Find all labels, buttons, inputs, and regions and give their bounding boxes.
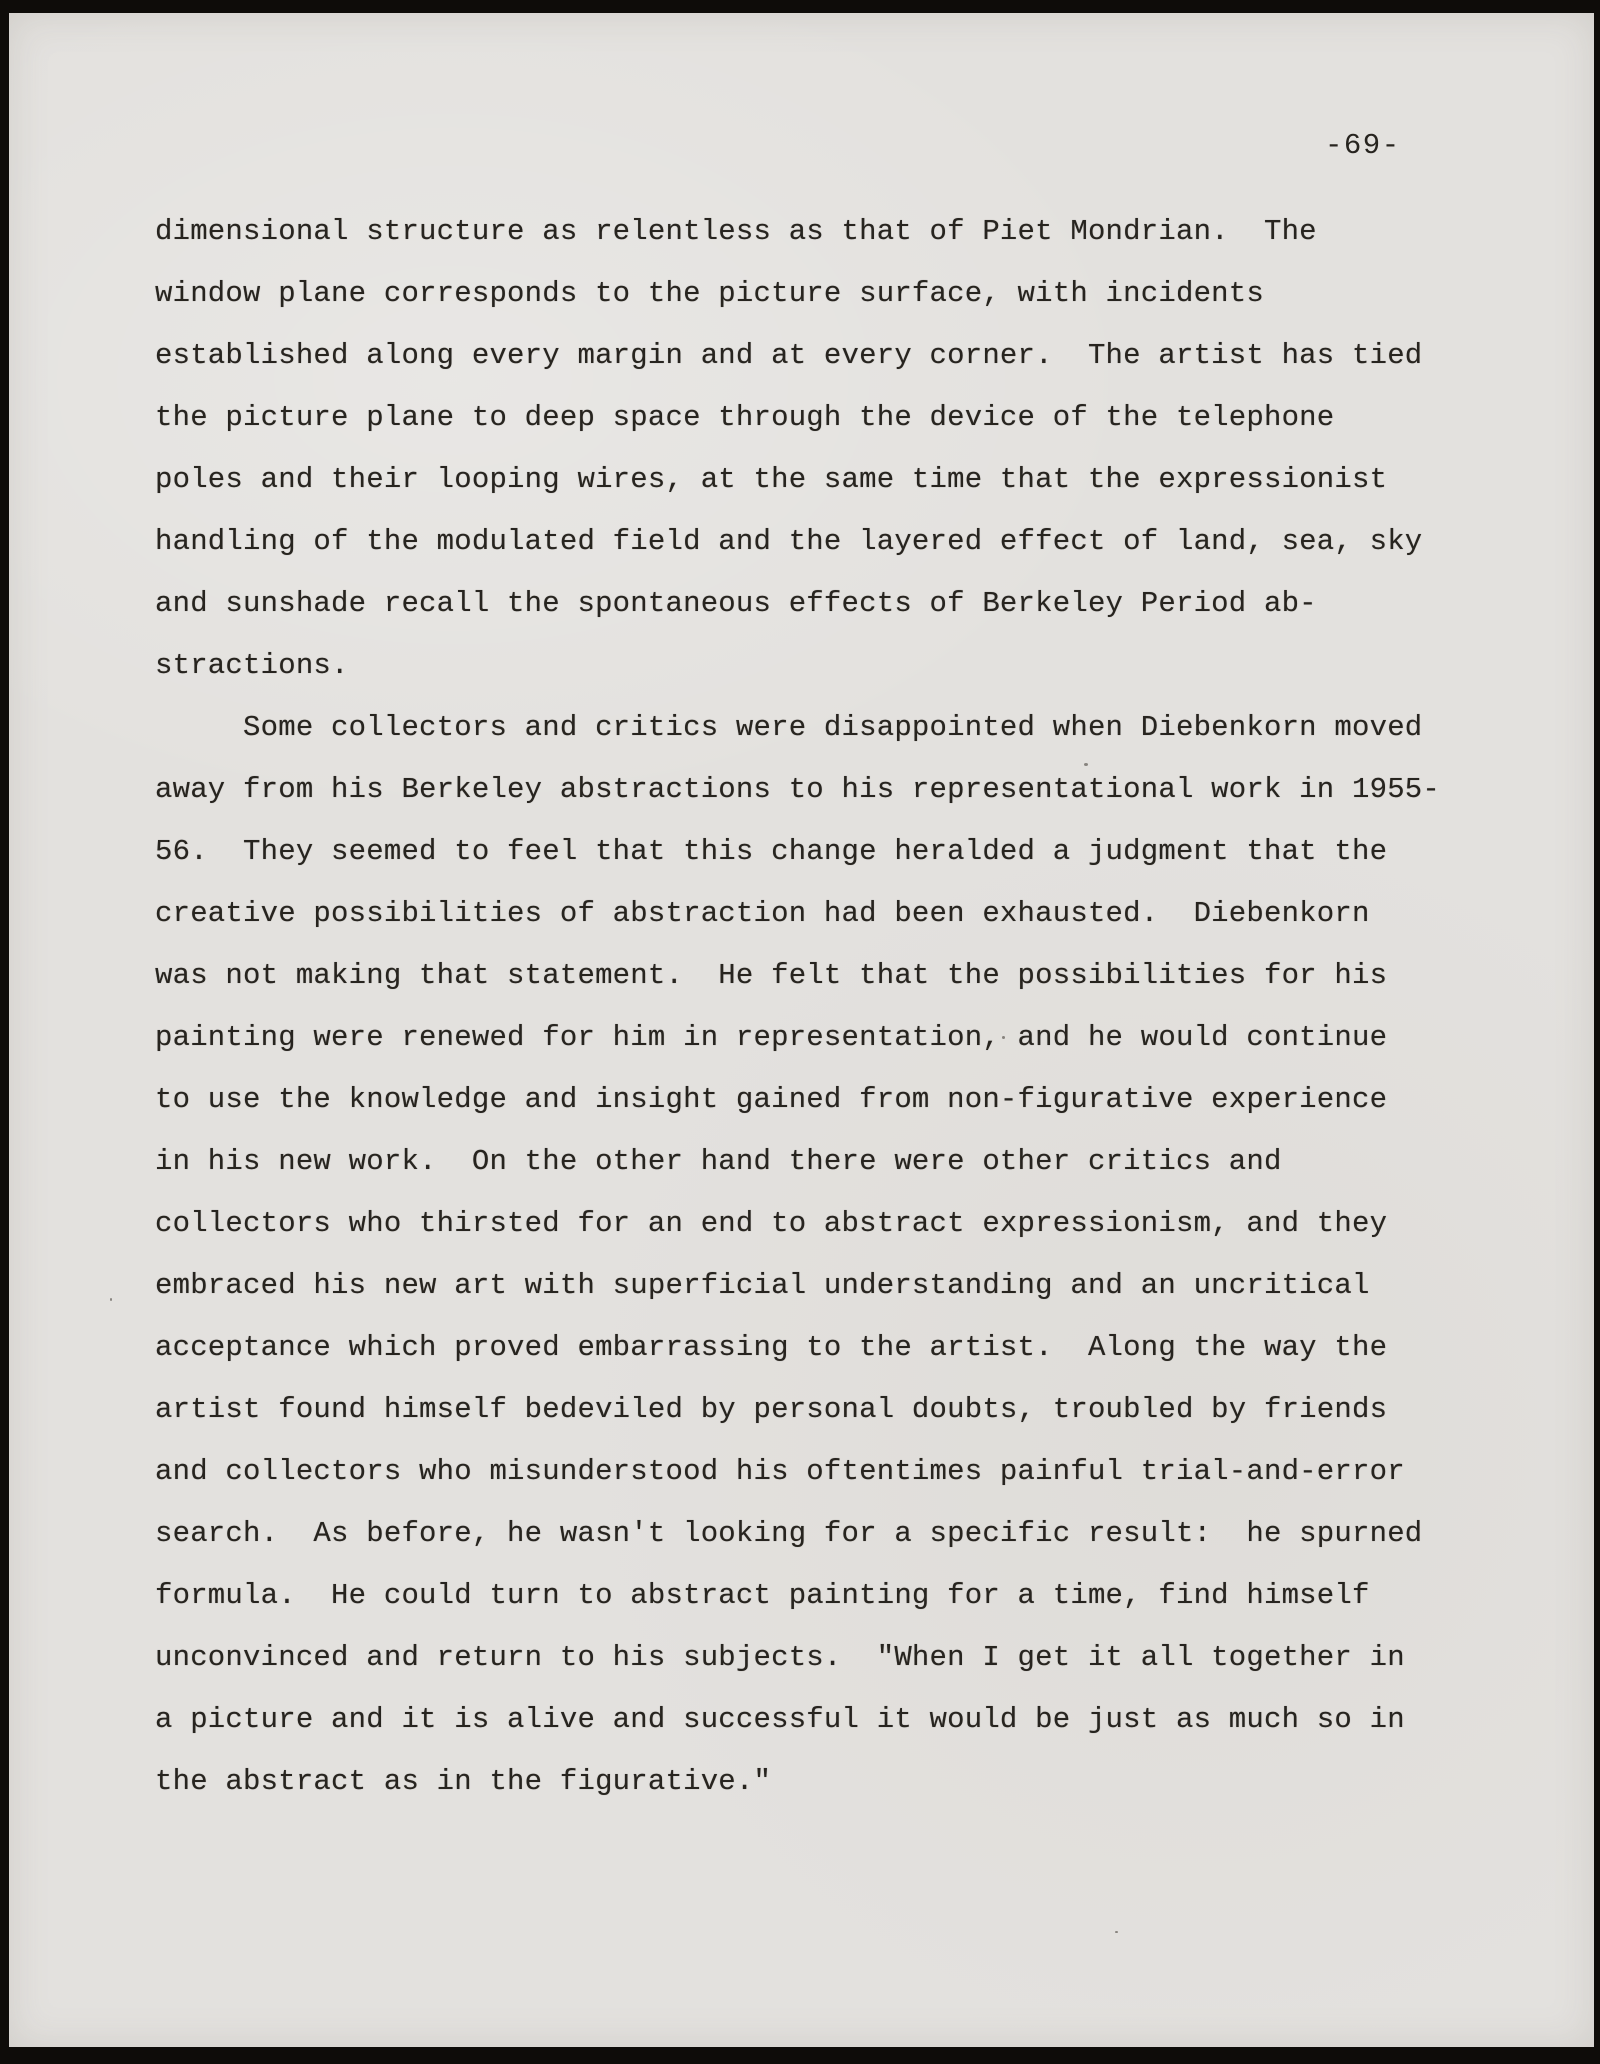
text-line: and collectors who misunderstood his oft… [155, 1441, 1495, 1503]
text-line: handling of the modulated field and the … [155, 511, 1495, 573]
text-line: 56. They seemed to feel that this change… [155, 821, 1495, 883]
text-line: a picture and it is alive and successful… [155, 1689, 1495, 1751]
scan-speck [110, 1298, 112, 1301]
text-line: was not making that statement. He felt t… [155, 945, 1495, 1007]
text-line: in his new work. On the other hand there… [155, 1131, 1495, 1193]
text-line: and sunshade recall the spontaneous effe… [155, 573, 1495, 635]
text-line: collectors who thirsted for an end to ab… [155, 1193, 1495, 1255]
text-line: away from his Berkeley abstractions to h… [155, 759, 1495, 821]
scan-background: { "page": { "page_number": "-69-" }, "do… [0, 0, 1600, 2064]
paragraph: Some collectors and critics were disappo… [155, 697, 1495, 1813]
text-line: the picture plane to deep space through … [155, 387, 1495, 449]
text-line: painting were renewed for him in represe… [155, 1007, 1495, 1069]
text-line: window plane corresponds to the picture … [155, 263, 1495, 325]
text-line: the abstract as in the figurative." [155, 1751, 1495, 1813]
text-line: acceptance which proved embarrassing to … [155, 1317, 1495, 1379]
body-text: dimensional structure as relentless as t… [155, 201, 1495, 1813]
text-line: Some collectors and critics were disappo… [155, 697, 1495, 759]
scanned-page: -69- dimensional structure as relentless… [9, 13, 1594, 2047]
scan-speck [1002, 1036, 1005, 1039]
scan-speck [1084, 763, 1088, 766]
text-line: unconvinced and return to his subjects. … [155, 1627, 1495, 1689]
text-line: formula. He could turn to abstract paint… [155, 1565, 1495, 1627]
page-number: -69- [1325, 129, 1401, 162]
text-line: to use the knowledge and insight gained … [155, 1069, 1495, 1131]
text-line: established along every margin and at ev… [155, 325, 1495, 387]
text-line: stractions. [155, 635, 1495, 697]
text-line: embraced his new art with superficial un… [155, 1255, 1495, 1317]
text-line: poles and their looping wires, at the sa… [155, 449, 1495, 511]
text-line: dimensional structure as relentless as t… [155, 201, 1495, 263]
text-line: search. As before, he wasn't looking for… [155, 1503, 1495, 1565]
text-line: artist found himself bedeviled by person… [155, 1379, 1495, 1441]
paragraph: dimensional structure as relentless as t… [155, 201, 1495, 697]
scan-speck [1115, 1931, 1118, 1933]
text-line: creative possibilities of abstraction ha… [155, 883, 1495, 945]
